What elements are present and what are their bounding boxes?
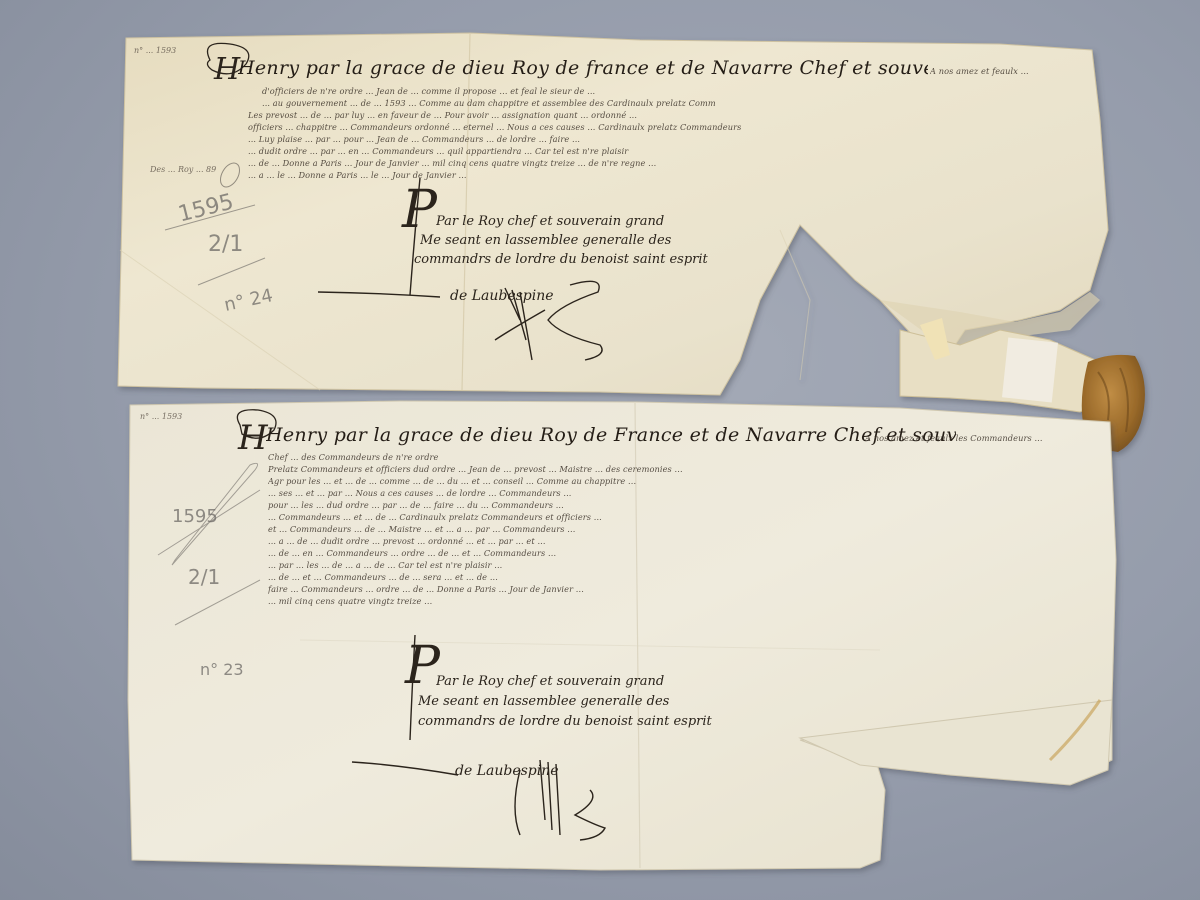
- lower-drop-cap: H: [238, 418, 268, 458]
- lower-corner-note: n° ... 1593: [140, 412, 182, 421]
- upper-signature-line: commandrs de lordre du benoist saint esp…: [414, 250, 708, 269]
- upper-body-line: ... a ... le ... Donne a Paris ... le ..…: [248, 170, 848, 180]
- upper-body-line: ... dudit ordre ... par ... en ... Comma…: [248, 146, 1093, 156]
- lower-heading: Henry par la grace de dieu Roy de France…: [266, 424, 956, 446]
- lower-pencil-year: 1595: [172, 506, 218, 527]
- lower-body-line: ... ses ... et ... par ... Nous a ces ca…: [268, 488, 1108, 498]
- upper-signature-line: Me seant en lassemblee generalle des: [420, 231, 671, 250]
- upper-margin-note: Des ... Roy ... 89: [150, 165, 220, 175]
- upper-body-line: ... au gouvernement ... de ... 1593 ... …: [262, 98, 1092, 108]
- upper-drop-cap: H: [214, 52, 240, 87]
- lower-body-line: ... de ... en ... Commandeurs ... ordre …: [268, 548, 1108, 558]
- upper-body-line: Les prevost ... de ... par luy ... en fa…: [248, 110, 1093, 120]
- upper-body-line: d'officiers de n're ordre ... Jean de ..…: [262, 86, 1092, 96]
- lower-body-line: ... par ... les ... de ... a ... de ... …: [268, 560, 1108, 570]
- lower-body-line: Prelatz Commandeurs et officiers dud ord…: [268, 464, 1108, 474]
- lower-signature-line: commandrs de lordre du benoist saint esp…: [418, 712, 712, 731]
- lower-body-line: pour ... les ... dud ordre ... par ... d…: [268, 500, 1108, 510]
- upper-body-line: officiers ... chappitre ... Commandeurs …: [248, 122, 1093, 132]
- photograph-stage: n° ... 1593 H Henry par la grace de dieu…: [0, 0, 1200, 900]
- upper-heading-tail: A nos amez et feaulx ...: [930, 66, 1090, 76]
- lower-sign-drop-cap: P: [405, 636, 440, 696]
- lower-body-line: faire ... Commandeurs ... ordre ... de .…: [268, 584, 1108, 594]
- lower-body-line: ... de ... et ... Commandeurs ... de ...…: [268, 572, 1108, 582]
- lower-body-line: ... mil cinq cens quatre vingtz treize .…: [268, 596, 668, 606]
- lower-body-line: ... a ... de ... dudit ordre ... prevost…: [268, 536, 1108, 546]
- upper-signature-name: de Laubespine: [450, 288, 554, 304]
- upper-heading: Henry par la grace de dieu Roy de france…: [238, 57, 928, 79]
- lower-pencil-fraction: 2/1: [188, 565, 220, 589]
- upper-corner-note: n° ... 1593: [134, 46, 176, 55]
- lower-body-line: Chef ... des Commandeurs de n're ordre: [268, 452, 568, 462]
- upper-body-line: ... Luy plaise ... par ... pour ... Jean…: [248, 134, 1093, 144]
- lower-signature-line: Par le Roy chef et souverain grand: [436, 672, 664, 691]
- lower-signature-name: de Laubespine: [455, 763, 559, 779]
- upper-signature-line: Par le Roy chef et souverain grand: [436, 212, 664, 231]
- lower-heading-tail: A nos amez et feaulx les Commandeurs ...: [865, 433, 1105, 443]
- upper-pencil-fraction: 2/1: [208, 232, 243, 257]
- lower-body-line: Agr pour les ... et ... de ... comme ...…: [268, 476, 1108, 486]
- lower-body-line: ... Commandeurs ... et ... de ... Cardin…: [268, 512, 1108, 522]
- lower-pencil-number: n° 23: [200, 660, 244, 679]
- lower-body-line: et ... Commandeurs ... de ... Maistre ..…: [268, 524, 1108, 534]
- upper-body-line: ... de ... Donne a Paris ... Jour de Jan…: [248, 158, 1093, 168]
- lower-signature-line: Me seant en lassemblee generalle des: [418, 692, 669, 711]
